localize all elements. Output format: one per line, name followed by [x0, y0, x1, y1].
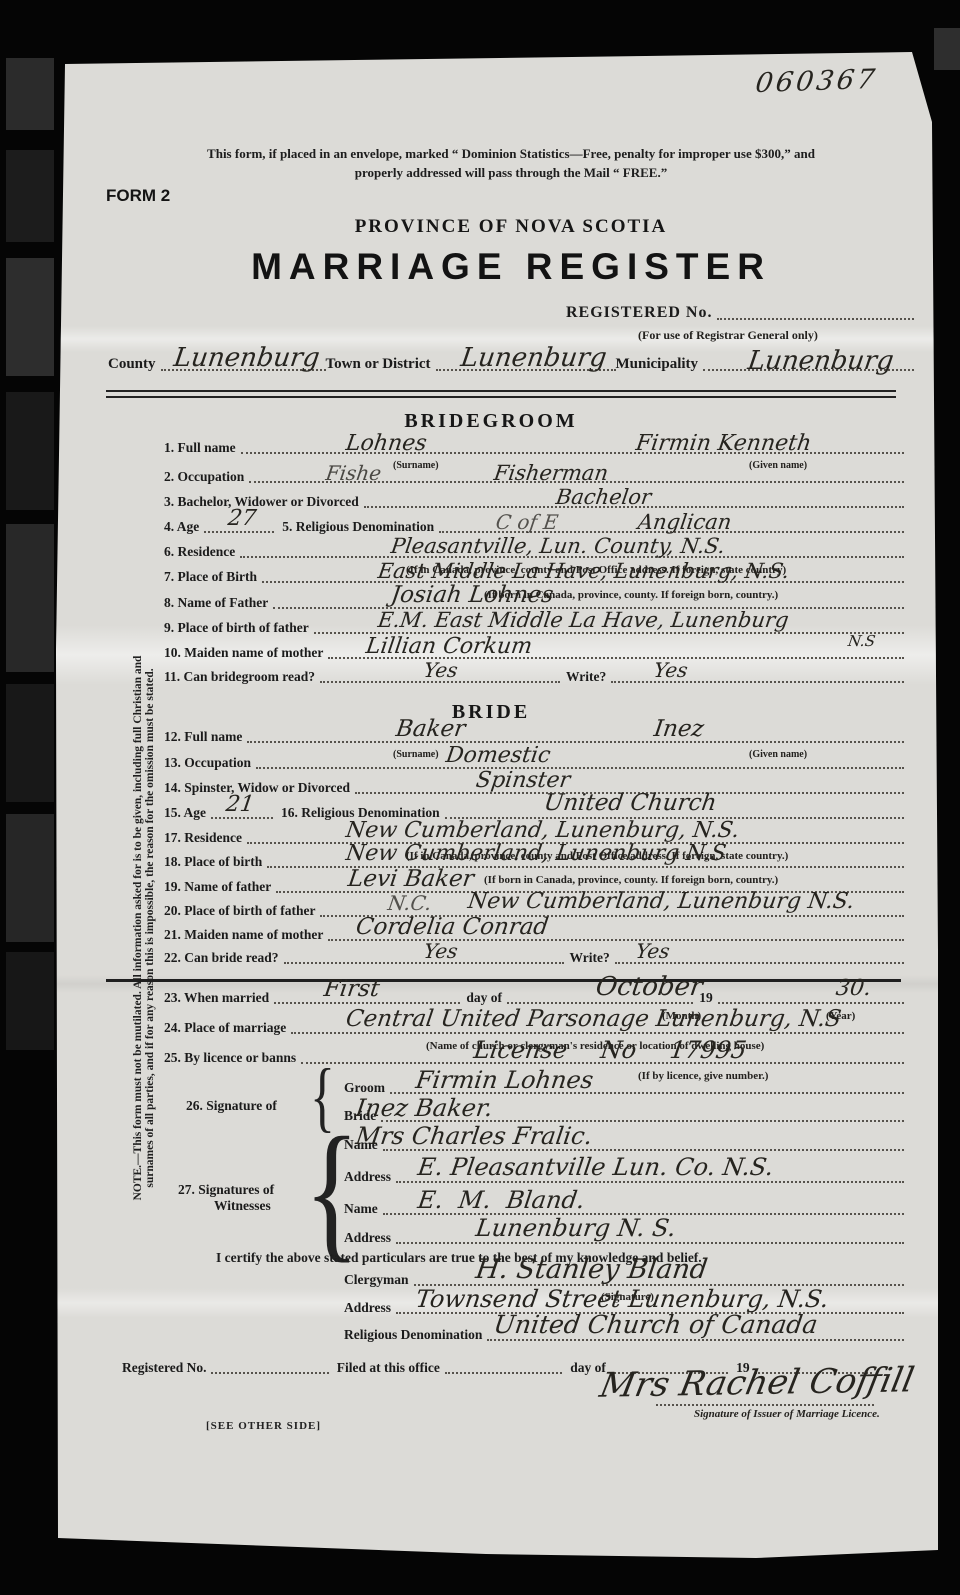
- when-married-label: 23. When married: [164, 990, 274, 1006]
- film-edge-block: [6, 392, 54, 510]
- groom-residence-handwriting: Pleasantville, Lun. County, N.S.: [390, 536, 727, 557]
- field-groom-mother: 10. Maiden name of mother: [164, 641, 904, 661]
- bride-residence-handwriting: New Cumberland, Lunenburg, N.S.: [344, 820, 740, 842]
- bride-surname-handwriting: Baker: [394, 718, 466, 741]
- bride-full-name-label: 12. Full name: [164, 729, 247, 745]
- bride-residence-label: 17. Residence: [164, 830, 247, 846]
- groom-religion-handwriting-a: C of E: [495, 512, 560, 532]
- witness2-name-label: Name: [344, 1201, 383, 1217]
- groom-status-handwriting: Bachelor: [555, 487, 653, 508]
- page-title: MARRIAGE REGISTER: [111, 246, 911, 288]
- bride-religion-handwriting: United Church: [542, 792, 718, 815]
- margin-note-line2: surnames of all parties, and if for any …: [144, 578, 156, 1278]
- witness2-address-label: Address: [344, 1230, 396, 1246]
- registered-no-label: REGISTERED No.: [566, 304, 717, 322]
- film-edge-block: [6, 952, 54, 1050]
- groom-occupation-handwriting-b: Fisherman: [493, 463, 610, 484]
- groom-religion-label: 5. Religious Denomination: [274, 519, 439, 535]
- witness2-name-handwriting: E. M. Bland.: [416, 1188, 586, 1212]
- see-other-side-label: [SEE OTHER SIDE]: [206, 1420, 321, 1432]
- bride-write-label: Write?: [564, 950, 615, 966]
- film-corner-step: [934, 28, 960, 70]
- town-handwriting: Lunenburg: [459, 345, 608, 371]
- dotted-line: [211, 1372, 328, 1374]
- document-paper: 060367 This form, if placed in an envelo…: [56, 50, 938, 1562]
- groom-signature-handwriting: Firmin Lohnes: [414, 1068, 595, 1092]
- groom-given-handwriting: Firmin Kenneth: [634, 433, 812, 455]
- bridegroom-section-title: BRIDEGROOM: [111, 410, 871, 433]
- margin-note: NOTE.—This form must not be mutilated. A…: [132, 578, 156, 1278]
- clergy-address-handwriting: Townsend Street Lunenburg, N.S.: [414, 1287, 830, 1311]
- office-registered-label: Registered No.: [122, 1360, 211, 1376]
- licence-label: 25. By licence or banns: [164, 1050, 301, 1066]
- scanned-document-frame: 060367 This form, if placed in an envelo…: [0, 0, 960, 1595]
- groom-surname-handwriting: Lohnes: [344, 433, 428, 455]
- groom-read-label: 11. Can bridegroom read?: [164, 669, 320, 685]
- province-heading: PROVINCE OF NOVA SCOTIA: [151, 216, 871, 238]
- mailing-notice-line1: This form, if placed in an envelope, mar…: [151, 146, 871, 162]
- groom-status-label: 3. Bachelor, Widower or Divorced: [164, 494, 364, 510]
- bride-occupation-label: 13. Occupation: [164, 755, 256, 771]
- groom-birthplace-handwriting: East Middle La Have, Lunenburg, N.S.: [377, 561, 791, 582]
- place-of-marriage-handwriting: Central United Parsonage Lunenburg, N.S: [344, 1008, 842, 1031]
- dotted-line: [256, 767, 904, 769]
- dotted-line: [507, 1002, 693, 1004]
- bride-status-handwriting: Spinster: [474, 770, 571, 792]
- groom-write-label: Write?: [560, 669, 611, 685]
- bride-father-label: 19. Name of father: [164, 879, 276, 895]
- office-filed-label: Filed at this office: [329, 1360, 445, 1376]
- bride-section-title: BRIDE: [111, 701, 871, 724]
- dotted-line: [718, 1002, 904, 1004]
- wedding-day-handwriting: First: [322, 978, 381, 1001]
- dotted-line: [487, 1339, 904, 1341]
- mailing-notice-line2: properly addressed will pass through the…: [151, 165, 871, 181]
- bride-father-birthplace-handwriting-a: N.C.: [387, 893, 433, 913]
- wedding-month-handwriting: October: [594, 974, 704, 1000]
- clergy-address-label: Address: [344, 1300, 396, 1316]
- place-of-marriage-label: 24. Place of marriage: [164, 1020, 291, 1036]
- section-rule: [106, 979, 901, 982]
- field-groom-read-write: 11. Can bridegroom read? Write?: [164, 665, 904, 685]
- issuer-signature-hint: Signature of Issuer of Marriage Licence.: [694, 1408, 880, 1420]
- groom-age-label: 4. Age: [164, 519, 204, 535]
- dotted-line: [396, 1181, 904, 1183]
- groom-religion-handwriting-b: Anglican: [637, 512, 733, 533]
- groom-birthplace-label: 7. Place of Birth: [164, 569, 262, 585]
- groom-occupation-label: 2. Occupation: [164, 469, 249, 485]
- dotted-line: [247, 741, 904, 743]
- witness1-address-label: Address: [344, 1169, 396, 1185]
- bride-father-birthplace-handwriting-b: New Cumberland, Lunenburg N.S.: [466, 891, 855, 913]
- bride-age-label: 15. Age: [164, 805, 211, 821]
- witness1-name-handwriting: Mrs Charles Fralic.: [354, 1124, 594, 1148]
- field-when-married: 23. When married day of 19: [164, 986, 904, 1006]
- bride-age-handwriting: 21: [224, 794, 255, 816]
- bride-signature-handwriting: Inez Baker.: [354, 1096, 494, 1120]
- film-edge-block: [6, 814, 54, 942]
- clergyman-label: Clergyman: [344, 1272, 414, 1288]
- day-of-label: day of: [460, 990, 507, 1006]
- film-edge-block: [6, 524, 54, 672]
- bride-given-handwriting: Inez: [652, 718, 705, 741]
- field-groom-status: 3. Bachelor, Widower or Divorced: [164, 490, 904, 510]
- dotted-line: [445, 1372, 562, 1374]
- bride-birthplace-label: 18. Place of birth: [164, 854, 267, 870]
- groom-occupation-handwriting-a: Fishe: [325, 463, 383, 483]
- dotted-line: [396, 1242, 904, 1244]
- wedding-year-handwriting: 30.: [834, 978, 872, 1000]
- municipality-label: Municipality: [616, 356, 704, 373]
- groom-residence-label: 6. Residence: [164, 544, 240, 560]
- bride-write-handwriting: Yes: [635, 941, 671, 961]
- groom-father-birthplace-label: 9. Place of birth of father: [164, 620, 314, 636]
- county-label: County: [108, 356, 161, 373]
- bride-father-birthplace-label: 20. Place of birth of father: [164, 903, 320, 919]
- licence-handwriting: License No 17995: [472, 1038, 748, 1062]
- groom-father-birthplace-handwriting: E.M. East Middle La Have, Lunenburg: [377, 610, 790, 631]
- county-handwriting: Lunenburg: [172, 345, 321, 371]
- double-rule: [106, 390, 896, 398]
- bride-mother-handwriting: Cordelia Conrad: [354, 916, 549, 939]
- form-number-label: FORM 2: [106, 186, 170, 206]
- dotted-line: [274, 1002, 460, 1004]
- groom-read-handwriting: Yes: [423, 660, 459, 680]
- field-bride-full-name: 12. Full name: [164, 725, 904, 745]
- groom-mother-handwriting: Lillian Corkum: [364, 636, 533, 658]
- bride-read-handwriting: Yes: [423, 941, 459, 961]
- clergy-denomination-handwriting: United Church of Canada: [492, 1312, 819, 1337]
- bride-status-label: 14. Spinster, Widow or Divorced: [164, 780, 355, 796]
- field-registered-no: REGISTERED No.: [566, 302, 914, 322]
- dotted-line: [211, 817, 273, 819]
- film-edge-block: [6, 58, 54, 130]
- field-bride-read-write: 22. Can bride read? Write?: [164, 946, 904, 966]
- witness1-address-handwriting: E. Pleasantville Lun. Co. N.S.: [416, 1155, 775, 1179]
- groom-write-handwriting: Yes: [653, 660, 689, 680]
- groom-father-label: 8. Name of Father: [164, 595, 273, 611]
- witness2-address-handwriting: Lunenburg N. S.: [474, 1216, 677, 1240]
- witnesses-label-line2: Witnesses: [214, 1198, 276, 1214]
- bride-mother-label: 21. Maiden name of mother: [164, 927, 328, 943]
- registrar-note: (For use of Registrar General only): [638, 328, 818, 343]
- groom-full-name-label: 1. Full name: [164, 440, 241, 456]
- town-label: Town or District: [326, 356, 436, 373]
- issuer-signature-line: [656, 1404, 874, 1406]
- dotted-line: [291, 1032, 904, 1034]
- bride-read-label: 22. Can bride read?: [164, 950, 284, 966]
- bride-birthplace-handwriting: New Cumberland, Lunenburg N.S: [344, 843, 727, 865]
- dotted-line: [717, 318, 914, 320]
- clergy-denomination-label: Religious Denomination: [344, 1327, 487, 1343]
- film-edge-block: [6, 684, 54, 802]
- film-edge-block: [6, 258, 54, 376]
- bride-occupation-handwriting: Domestic: [444, 745, 551, 767]
- signature-of-label: 26. Signature of: [186, 1098, 282, 1114]
- witnesses-label-line1: 27. Signatures of: [178, 1182, 279, 1198]
- bride-father-handwriting: Levi Baker: [346, 868, 475, 891]
- film-edge-block: [6, 150, 54, 242]
- issuer-signature-handwriting: Mrs Rachel Coffill: [597, 1363, 917, 1402]
- frame-number-handwriting: 060367: [754, 66, 880, 97]
- groom-age-handwriting: 27: [226, 508, 257, 530]
- groom-father-handwriting: Josiah Lohnes: [389, 584, 554, 607]
- clergyman-signature-handwriting: H. Stanley Bland: [474, 1256, 709, 1283]
- municipality-handwriting: Lunenburg: [746, 348, 895, 374]
- dotted-line: [204, 531, 274, 533]
- margin-note-line1: NOTE.—This form must not be mutilated. A…: [132, 578, 144, 1278]
- groom-mother-label: 10. Maiden name of mother: [164, 645, 328, 661]
